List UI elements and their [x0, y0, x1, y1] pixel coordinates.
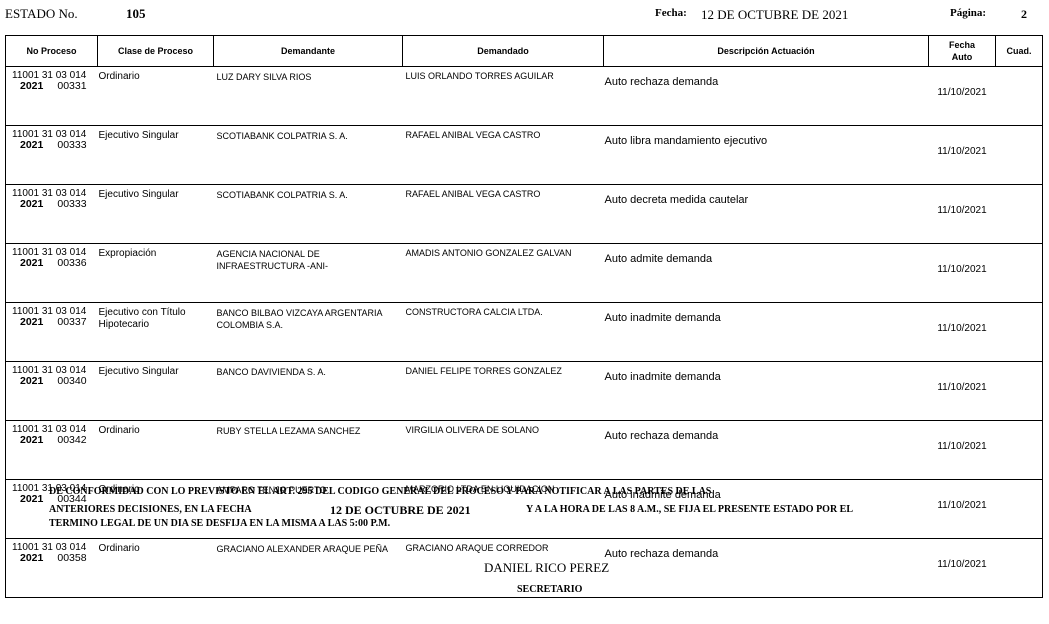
signer-name: DANIEL RICO PEREZ	[484, 560, 609, 576]
fecha-label: Fecha:	[655, 7, 687, 19]
proceso-anio: 2021	[20, 198, 43, 210]
proceso-radicado: 00340	[57, 375, 86, 387]
fecha-value: 12 DE OCTUBRE DE 2021	[701, 7, 848, 23]
proceso-anio-radicado: 202100333	[12, 199, 98, 210]
proceso-anio: 2021	[20, 139, 43, 151]
proceso-anio: 2021	[20, 493, 43, 505]
table-row: 11001 31 03 014 202100342 Ordinario RUBY…	[6, 421, 1043, 480]
cell-clase: Ordinario	[98, 539, 214, 598]
proceso-anio: 2021	[20, 80, 43, 92]
cell-fecha-auto: 11/10/2021	[929, 421, 996, 480]
col-header-cuad: Cuad.	[996, 36, 1043, 67]
table-row: 11001 31 03 014 202100336 Expropiación A…	[6, 244, 1043, 303]
cell-descripcion: Auto libra mandamiento ejecutivo	[604, 126, 929, 185]
col-header-descripcion: Descripción Actuación	[604, 36, 929, 67]
cell-fecha-auto: 11/10/2021	[929, 244, 996, 303]
cell-no-proceso: 11001 31 03 014 202100331	[6, 67, 98, 126]
proceso-radicado: 00331	[57, 80, 86, 92]
cell-demandado: AMADIS ANTONIO GONZALEZ GALVAN	[403, 244, 604, 303]
cell-clase: Ejecutivo Singular	[98, 362, 214, 421]
proceso-radicado: 00333	[57, 198, 86, 210]
cell-demandado: LUIS ORLANDO TORRES AGUILAR	[403, 67, 604, 126]
proceso-anio-radicado: 202100336	[12, 258, 98, 269]
cell-demandado: RAFAEL ANIBAL VEGA CASTRO	[403, 185, 604, 244]
cell-cuad	[996, 244, 1043, 303]
cell-cuad	[996, 126, 1043, 185]
cell-demandado: CONSTRUCTORA CALCIA LTDA.	[403, 303, 604, 362]
cell-demandante: GRACIANO ALEXANDER ARAQUE PEÑA	[214, 539, 403, 598]
cell-clase: Ejecutivo Singular	[98, 126, 214, 185]
col-header-demandado: Demandado	[403, 36, 604, 67]
proceso-anio-radicado: 202100358	[12, 553, 98, 564]
cell-demandante: RUBY STELLA LEZAMA SANCHEZ	[214, 421, 403, 480]
signer-title: SECRETARIO	[517, 584, 582, 595]
footer-date: 12 DE OCTUBRE DE 2021	[330, 503, 471, 518]
estado-label: ESTADO No.	[5, 6, 78, 22]
cell-demandante: SCOTIABANK COLPATRIA S. A.	[214, 126, 403, 185]
footer-line-2b: Y A LA HORA DE LAS 8 A.M., SE FIJA EL PR…	[526, 504, 853, 515]
cell-clase: Ejecutivo Singular	[98, 185, 214, 244]
cell-fecha-auto: 11/10/2021	[929, 539, 996, 598]
estado-number: 105	[126, 6, 146, 22]
cell-descripcion: Auto inadmite demanda	[604, 362, 929, 421]
table-row: 11001 31 03 014 202100331 Ordinario LUZ …	[6, 67, 1043, 126]
cell-fecha-auto: 11/10/2021	[929, 303, 996, 362]
cell-descripcion: Auto rechaza demanda	[604, 421, 929, 480]
proceso-radicado: 00358	[57, 552, 86, 564]
footer-line-3: TERMINO LEGAL DE UN DIA SE DESFIJA EN LA…	[49, 518, 390, 529]
pagina-value: 2	[1021, 7, 1027, 22]
proceso-anio: 2021	[20, 316, 43, 328]
cell-demandado: RAFAEL ANIBAL VEGA CASTRO	[403, 126, 604, 185]
cell-clase: Ejecutivo con Título Hipotecario	[98, 303, 214, 362]
proceso-anio: 2021	[20, 552, 43, 564]
cell-cuad	[996, 480, 1043, 539]
cell-clase: Ordinario	[98, 67, 214, 126]
proceso-radicado: 00336	[57, 257, 86, 269]
cell-descripcion: Auto decreta medida cautelar	[604, 185, 929, 244]
table-row: 11001 31 03 014 202100333 Ejecutivo Sing…	[6, 185, 1043, 244]
cell-demandante: AGENCIA NACIONAL DE INFRAESTRUCTURA -ANI…	[214, 244, 403, 303]
proceso-radicado: 00333	[57, 139, 86, 151]
proceso-radicado: 00342	[57, 434, 86, 446]
cell-cuad	[996, 421, 1043, 480]
cell-no-proceso: 11001 31 03 014 202100336	[6, 244, 98, 303]
cell-demandante: SCOTIABANK COLPATRIA S. A.	[214, 185, 403, 244]
pagina-label: Página:	[950, 7, 986, 19]
proceso-anio-radicado: 202100333	[12, 140, 98, 151]
footer-line-2a: ANTERIORES DECISIONES, EN LA FECHA	[49, 504, 252, 515]
cell-fecha-auto: 11/10/2021	[929, 362, 996, 421]
cell-no-proceso: 11001 31 03 014 202100333	[6, 185, 98, 244]
cell-fecha-auto: 11/10/2021	[929, 126, 996, 185]
cell-no-proceso: 11001 31 03 014 202100337	[6, 303, 98, 362]
cell-demandado: VIRGILIA OLIVERA DE SOLANO	[403, 421, 604, 480]
proceso-anio-radicado: 202100337	[12, 317, 98, 328]
cell-no-proceso: 11001 31 03 014 202100333	[6, 126, 98, 185]
table-header-row: No Proceso Clase de Proceso Demandante D…	[6, 36, 1043, 67]
fecha-auto-line2: Auto	[952, 52, 973, 62]
proceso-anio-radicado: 202100331	[12, 81, 98, 92]
cell-clase: Ordinario	[98, 421, 214, 480]
col-header-no-proceso: No Proceso	[6, 36, 98, 67]
cell-demandante: BANCO BILBAO VIZCAYA ARGENTARIA COLOMBIA…	[214, 303, 403, 362]
cell-no-proceso: 11001 31 03 014 202100340	[6, 362, 98, 421]
proceso-anio-radicado: 202100342	[12, 435, 98, 446]
proceso-anio: 2021	[20, 434, 43, 446]
table-row: 11001 31 03 014 202100340 Ejecutivo Sing…	[6, 362, 1043, 421]
cell-clase: Expropiación	[98, 244, 214, 303]
fecha-auto-line1: Fecha	[949, 40, 975, 50]
cell-demandante: LUZ DARY SILVA RIOS	[214, 67, 403, 126]
cell-cuad	[996, 539, 1043, 598]
cell-descripcion: Auto rechaza demanda	[604, 67, 929, 126]
table-row: 11001 31 03 014 202100333 Ejecutivo Sing…	[6, 126, 1043, 185]
col-header-demandante: Demandante	[214, 36, 403, 67]
cell-cuad	[996, 303, 1043, 362]
cell-fecha-auto: 11/10/2021	[929, 185, 996, 244]
col-header-fecha-auto: Fecha Auto	[929, 36, 996, 67]
cell-descripcion: Auto inadmite demanda	[604, 303, 929, 362]
proceso-anio: 2021	[20, 257, 43, 269]
table-row: 11001 31 03 014 202100337 Ejecutivo con …	[6, 303, 1043, 362]
cell-demandante: BANCO DAVIVIENDA S. A.	[214, 362, 403, 421]
cell-demandado: DANIEL FELIPE TORRES GONZALEZ	[403, 362, 604, 421]
proceso-anio-radicado: 202100340	[12, 376, 98, 387]
cell-no-proceso: 11001 31 03 014 202100342	[6, 421, 98, 480]
cell-cuad	[996, 362, 1043, 421]
cell-cuad	[996, 67, 1043, 126]
cell-fecha-auto: 11/10/2021	[929, 480, 996, 539]
col-header-clase: Clase de Proceso	[98, 36, 214, 67]
cell-no-proceso: 11001 31 03 014 202100358	[6, 539, 98, 598]
cell-cuad	[996, 185, 1043, 244]
proceso-anio: 2021	[20, 375, 43, 387]
cell-fecha-auto: 11/10/2021	[929, 67, 996, 126]
footer-line-1: DE CONFORMIDAD CON LO PREVISTO EN EL ART…	[49, 486, 711, 497]
proceso-radicado: 00337	[57, 316, 86, 328]
cell-descripcion: Auto admite demanda	[604, 244, 929, 303]
cell-descripcion: Auto rechaza demanda	[604, 539, 929, 598]
